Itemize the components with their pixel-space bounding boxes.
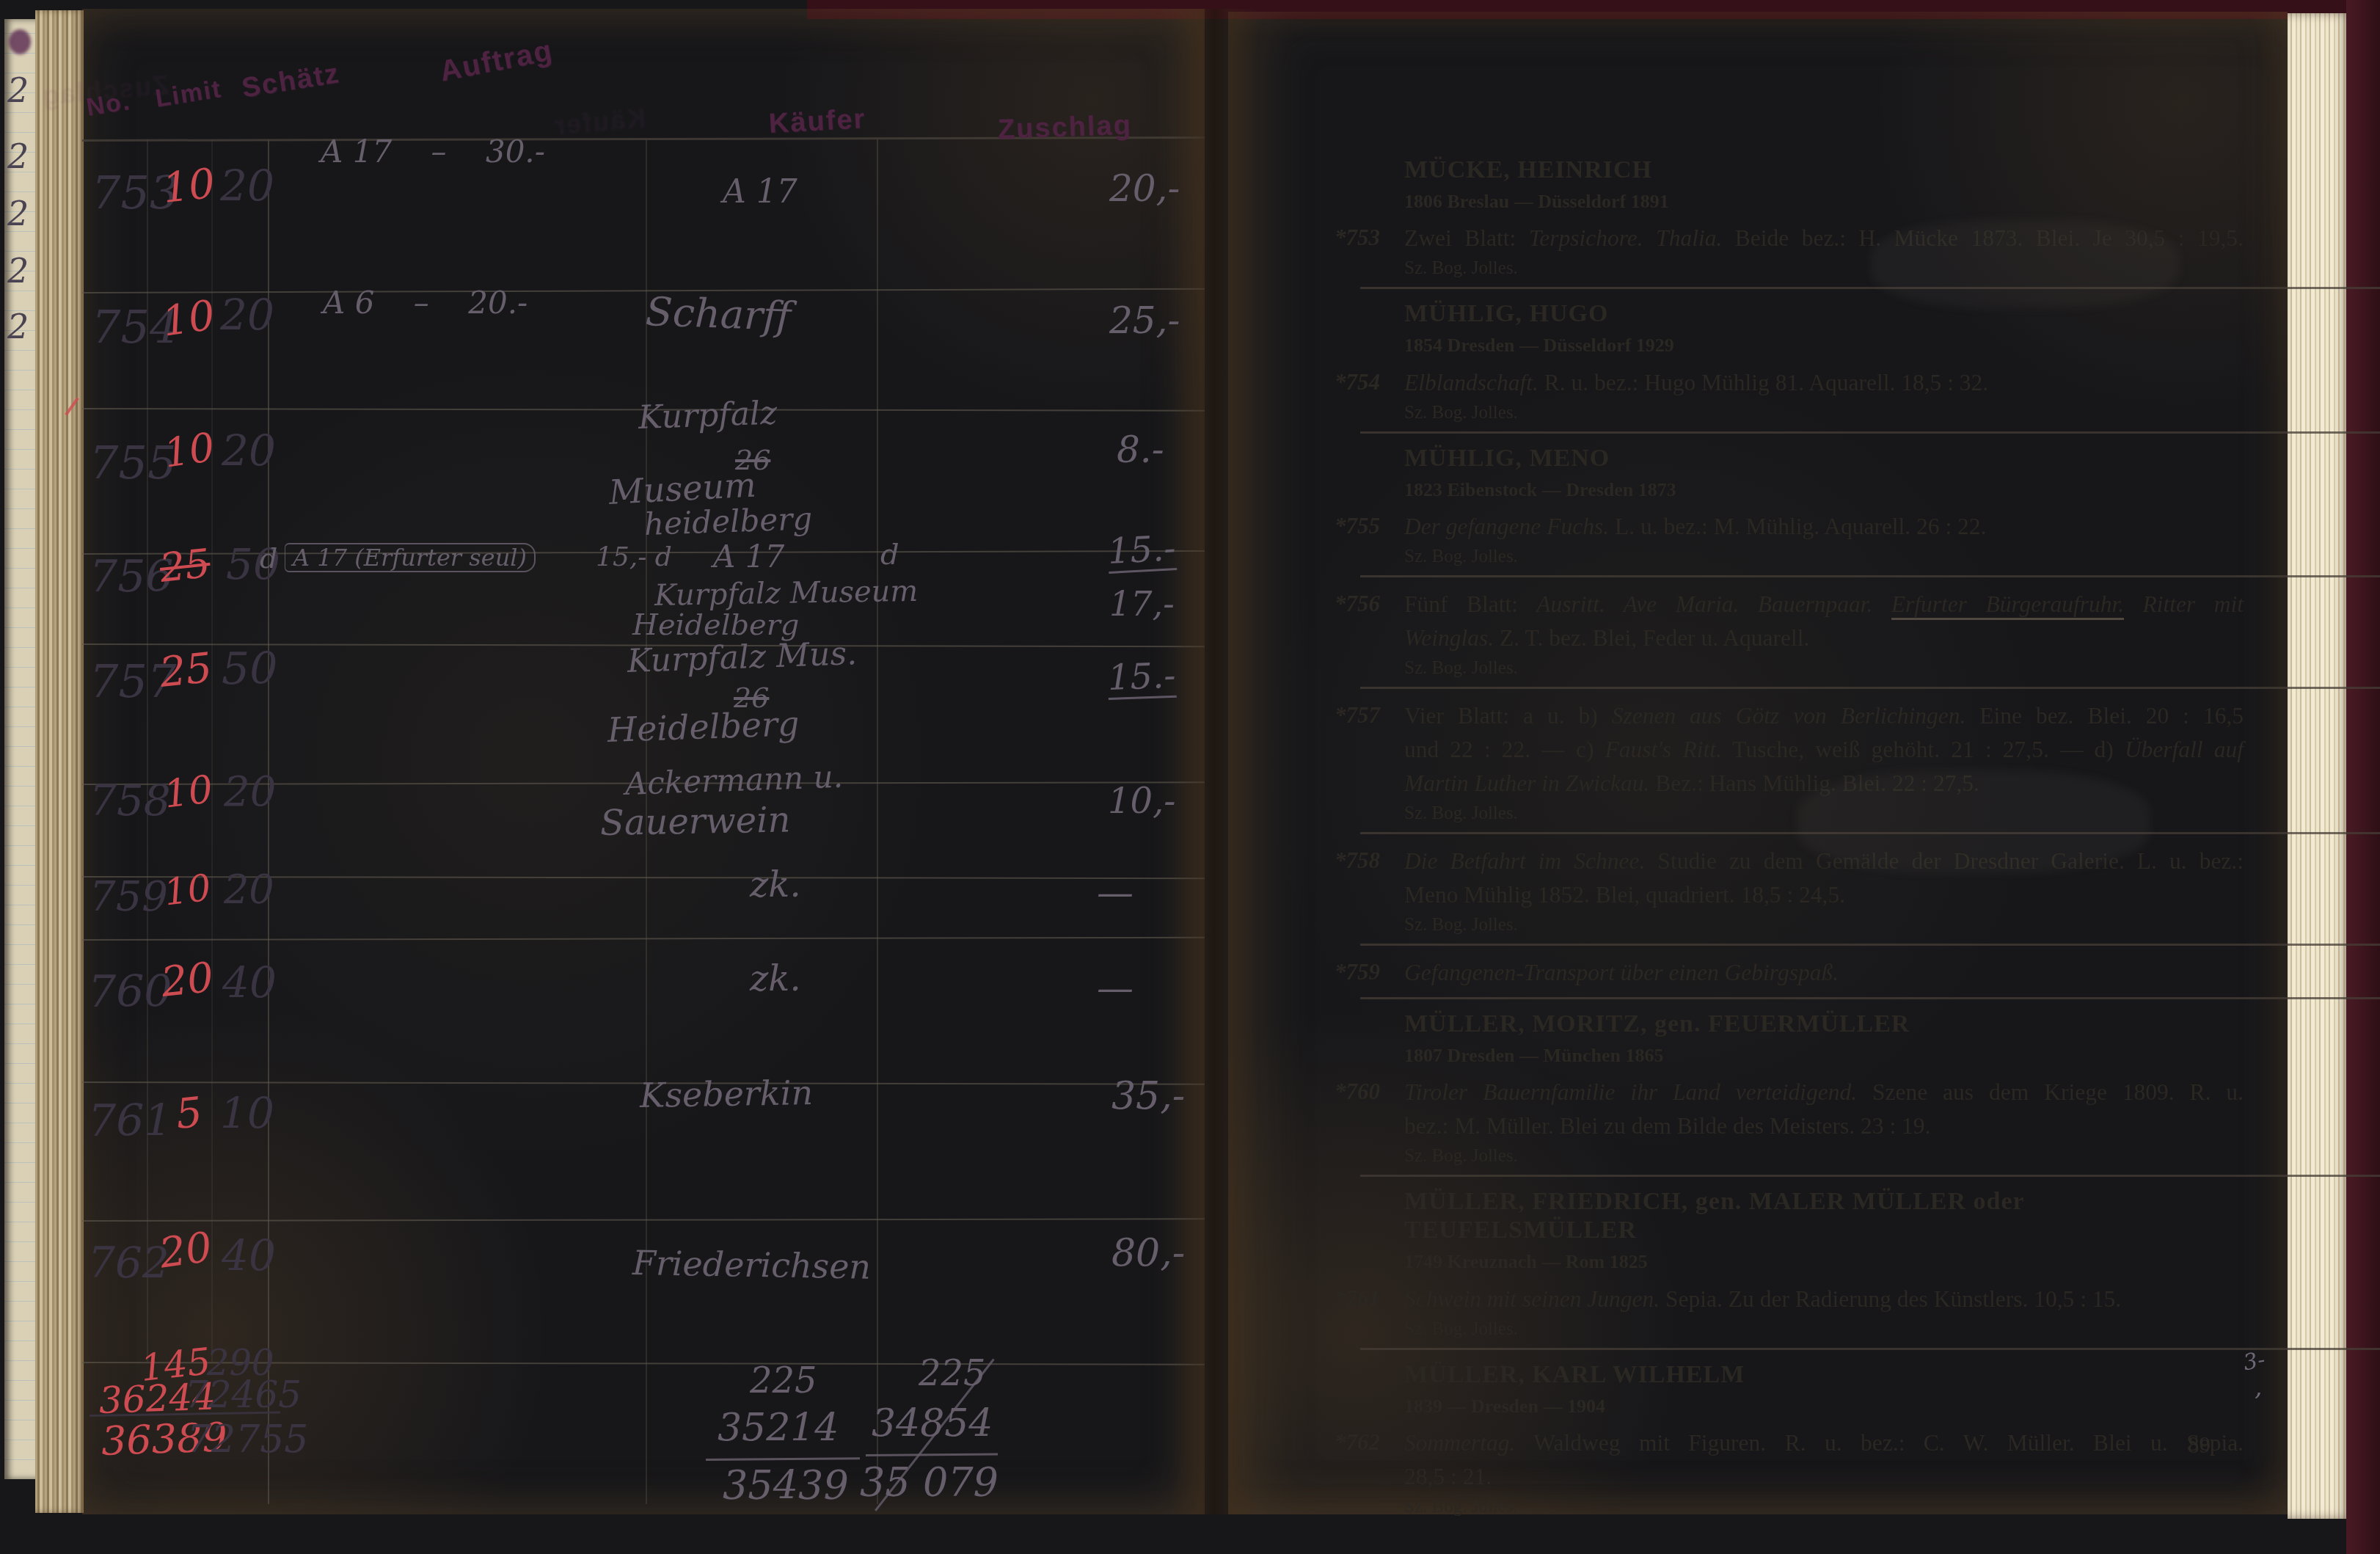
entry-divider	[1360, 287, 2380, 289]
entry-text-segment: 28,5 : 21.	[1404, 1464, 1492, 1489]
entry-text-segment: Terpsichore. Thalia.	[1529, 225, 1723, 251]
right-page-stack-edge	[2288, 13, 2351, 1519]
entry-text-segment: Die Betfahrt im Schnee.	[1404, 848, 1645, 874]
artist-dates: 1806 Breslau — Düsseldorf 1891	[1404, 190, 2244, 213]
entry-text-segment: Tiroler Bauernfamilie ihr Land verteidig…	[1404, 1079, 1857, 1105]
previous-page-sliver	[4, 19, 37, 1479]
lot-number: *757	[1335, 702, 1380, 729]
entry-divider	[1360, 997, 2380, 999]
entry-divider	[1360, 1348, 2380, 1350]
entry-text-segment: Vier Blatt: a u. b)	[1404, 703, 1612, 729]
catalog-entry: *754Elblandschaft. R. u. bez.: Hugo Mühl…	[1404, 366, 2244, 424]
book-cover-right	[2346, 0, 2380, 1554]
entry-text-segment: Gefangenen-Transport über einen Gebirgsp…	[1404, 960, 1839, 985]
entry-credit: Sz. Bog. Jolles.	[1404, 657, 2244, 679]
entry-text-line: Tiroler Bauernfamilie ihr Land verteidig…	[1404, 1076, 2244, 1109]
book-gutter-shadow	[1171, 9, 1257, 1514]
lot-number: *761	[1335, 1285, 1380, 1312]
lot-number: *760	[1335, 1079, 1380, 1105]
entry-text-segment: Studie zu dem Gemälde der Dresdner Galer…	[1645, 848, 2244, 874]
entry-divider	[1360, 1175, 2380, 1177]
artist-dates: 1823 Eibenstock — Dresden 1873	[1404, 478, 2244, 501]
entry-credit: Sz. Bog. Jolles.	[1404, 545, 2244, 568]
lot-number: *755	[1335, 513, 1380, 539]
entry-text-segment: Zwei Blatt:	[1404, 225, 1529, 251]
entry-text-segment: bez.: M. Müller. Blei zu dem Bilde des M…	[1404, 1113, 1930, 1139]
entry-divider	[1360, 575, 2380, 577]
catalog-entry: *760Tiroler Bauernfamilie ihr Land verte…	[1404, 1076, 2244, 1167]
entry-text-segment: Eine bez. Blei. 20 : 16,5	[1965, 703, 2244, 729]
catalog-entry: *762Sommertag. Waldweg mit Figuren. R. u…	[1404, 1426, 2244, 1518]
entry-credit: Sz. Bog. Jolles.	[1404, 1495, 2244, 1518]
entry-text-segment: Z. T. bez. Blei, Feder u. Aquarell.	[1494, 625, 1809, 651]
entry-text-segment: Elblandschaft.	[1404, 370, 1538, 395]
entry-credit: Sz. Bog. Jolles.	[1404, 1145, 2244, 1167]
catalog-entry: *753Zwei Blatt: Terpsichore. Thalia. Bei…	[1404, 222, 2244, 280]
entry-text-line: Meno Mühlig 1852. Blei, quadriert. 18,5 …	[1404, 878, 2244, 912]
left-page-stack-edge	[35, 10, 84, 1513]
entry-text-line: bez.: M. Müller. Blei zu dem Bilde des M…	[1404, 1109, 2244, 1143]
entry-text-line: Die Betfahrt im Schnee. Studie zu dem Ge…	[1404, 845, 2244, 878]
artist-heading: MÜLLER, KARL WILHELM	[1404, 1360, 2244, 1389]
entry-text-segment: Sepia. Zu der Radierung des Künstlers. 1…	[1660, 1286, 2121, 1312]
entry-credit: Sz. Bog. Jolles.	[1404, 802, 2244, 825]
lot-number: *759	[1335, 959, 1380, 985]
entry-text-segment: Tusche, weiß gehöht. 21 : 27,5. — d)	[1722, 737, 2125, 762]
entry-text-line: Gefangenen-Transport über einen Gebirgsp…	[1404, 956, 2244, 990]
artist-dates: 1749 Kreuznach — Rom 1825	[1404, 1250, 2244, 1273]
entry-text-segment: und 22 : 22. — c)	[1404, 737, 1605, 762]
catalog-flow: MÜCKE, HEINRICH1806 Breslau — Düsseldorf…	[1228, 12, 2288, 1514]
catalog-entry: *757Vier Blatt: a u. b) Szenen aus Götz …	[1404, 699, 2244, 825]
entry-text-line: und 22 : 22. — c) Faust's Ritt. Tusche, …	[1404, 733, 2244, 767]
entry-text-segment: Beide bez.: H. Mücke 1873. Blei. Je 30,5…	[1722, 225, 2244, 251]
entry-text-segment: Schwein mit seinen Jungen.	[1404, 1286, 1660, 1312]
entry-text-line: Elblandschaft. R. u. bez.: Hugo Mühlig 8…	[1404, 366, 2244, 400]
entry-text-line: Schwein mit seinen Jungen. Sepia. Zu der…	[1404, 1283, 2244, 1316]
entry-text-segment: Szenen aus Götz von Berlichingen.	[1612, 703, 1966, 729]
artist-heading: MÜLLER, FRIEDRICH, gen. MALER MÜLLER ode…	[1404, 1187, 2244, 1244]
entry-text-line: Der gefangene Fuchs. L. u. bez.: M. Mühl…	[1404, 510, 2244, 544]
entry-divider	[1360, 687, 2380, 689]
entry-credit: Sz. Bog. Jolles.	[1404, 913, 2244, 936]
entry-text-line: Zwei Blatt: Terpsichore. Thalia. Beide b…	[1404, 222, 2244, 255]
entry-text-segment: Meno Mühlig 1852. Blei, quadriert. 18,5 …	[1404, 882, 1845, 908]
catalog-entry: *755Der gefangene Fuchs. L. u. bez.: M. …	[1404, 510, 2244, 568]
entry-text-segment: Bez.: Hans Mühlig. Blei. 22 : 27,5.	[1649, 770, 1979, 796]
lot-number: *754	[1335, 369, 1380, 395]
entry-text-segment: Weinglas.	[1404, 625, 1494, 651]
entry-text-segment: Überfall auf	[2125, 737, 2244, 762]
artist-dates: 1839 — Dresden — 1904	[1404, 1395, 2244, 1418]
entry-credit: Sz. Bog. Jolles.	[1404, 257, 2244, 280]
entry-text-segment: Fünf Blatt:	[1404, 591, 1536, 617]
artist-heading: MÜCKE, HEINRICH	[1404, 156, 2244, 184]
artist-heading: MÜLLER, MORITZ, gen. FEUERMÜLLER	[1404, 1010, 2244, 1038]
entry-text-line: Martin Luther in Zwickau. Bez.: Hans Müh…	[1404, 767, 2244, 800]
entry-credit: Sz. Bog. Jolles.	[1404, 401, 2244, 424]
entry-text-segment: Erfurter Bürgeraufruhr.	[1891, 591, 2124, 620]
entry-credit: Sz. Bog. Jolles.	[1404, 1318, 2244, 1340]
artist-heading: MÜHLIG, MENO	[1404, 444, 2244, 473]
book-scan: Zuschlag Käufer No. Limit Schätz Auftrag…	[0, 0, 2380, 1554]
entry-text-segment: Waldweg mit Figuren. R. u. bez.: C. W. M…	[1515, 1430, 2244, 1456]
lot-number: *762	[1335, 1429, 1380, 1456]
artist-dates: 1807 Dresden — München 1865	[1404, 1044, 2244, 1067]
entry-divider	[1360, 431, 2380, 434]
artist-dates: 1854 Dresden — Düsseldorf 1929	[1404, 334, 2244, 357]
catalog-entry: *761Schwein mit seinen Jungen. Sepia. Zu…	[1404, 1283, 2244, 1340]
catalog-entry: *756Fünf Blatt: Ausritt. Ave Maria. Baue…	[1404, 588, 2244, 679]
entry-text-segment: Der gefangene Fuchs.	[1404, 514, 1609, 539]
entry-text-segment: Ritter mit	[2124, 591, 2244, 617]
entry-text-segment: Ausritt. Ave Maria. Bauernpaar.	[1536, 591, 1891, 617]
entry-text-segment: Szene aus dem Kriege 1809. R. u.	[1857, 1079, 2244, 1105]
entry-divider	[1360, 832, 2380, 834]
lot-number: *753	[1335, 225, 1380, 251]
lot-number: *758	[1335, 847, 1380, 874]
entry-text-line: Fünf Blatt: Ausritt. Ave Maria. Bauernpa…	[1404, 588, 2244, 621]
entry-text-segment: Faust's Ritt.	[1605, 737, 1722, 762]
entry-text-segment: R. u. bez.: Hugo Mühlig 81. Aquarell. 18…	[1538, 370, 1988, 395]
artist-heading: MÜHLIG, HUGO	[1404, 299, 2244, 328]
entry-text-line: Weinglas. Z. T. bez. Blei, Feder u. Aqua…	[1404, 621, 2244, 655]
entry-text-line: Vier Blatt: a u. b) Szenen aus Götz von …	[1404, 699, 2244, 733]
entry-text-line: Sommertag. Waldweg mit Figuren. R. u. be…	[1404, 1426, 2244, 1460]
entry-text-segment: L. u. bez.: M. Mühlig. Aquarell. 26 : 22…	[1609, 514, 1986, 539]
ledger-page	[82, 9, 1205, 1514]
catalog-entry: *758Die Betfahrt im Schnee. Studie zu de…	[1404, 845, 2244, 936]
entry-text-segment: Martin Luther in Zwickau.	[1404, 770, 1649, 796]
entry-text-line: 28,5 : 21.	[1404, 1460, 2244, 1494]
entry-text-segment: Sommertag.	[1404, 1430, 1515, 1456]
entry-divider	[1360, 944, 2380, 946]
catalog-entry: *759Gefangenen-Transport über einen Gebi…	[1404, 956, 2244, 990]
lot-number: *756	[1335, 591, 1380, 617]
